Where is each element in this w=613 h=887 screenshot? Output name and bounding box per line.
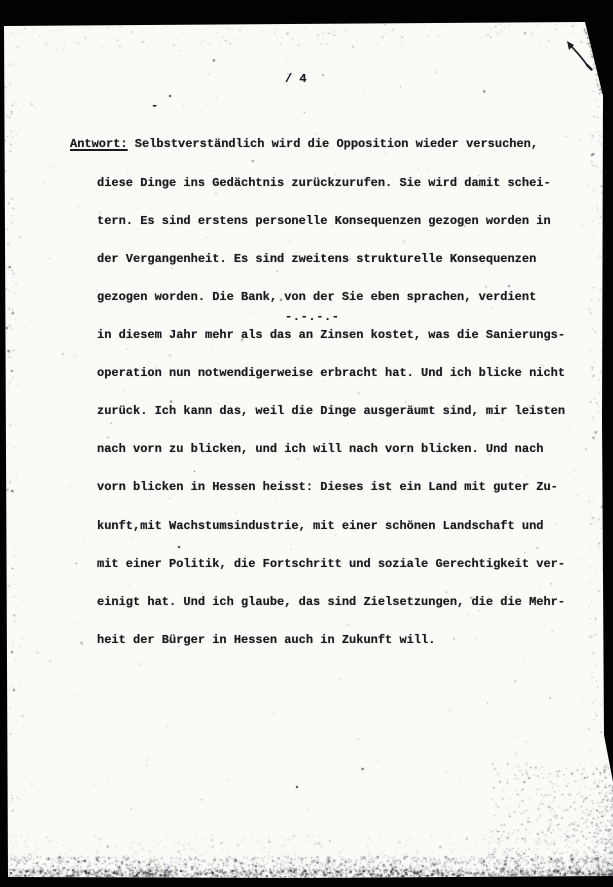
paragraph-line: tern. Es sind erstens personelle Konsequ… [97, 215, 565, 228]
paragraph-line: nach vorn zu blicken, und ich will nach … [97, 443, 565, 456]
scanned-document: / 4 - Antwort: Selbstverständlich wird d… [0, 0, 613, 887]
paragraph-line: zurück. Ich kann das, weil die Dinge aus… [97, 405, 565, 418]
paragraph-line: gezogen worden. Die Bank, von der Sie eb… [97, 291, 565, 304]
page-content: / 4 - Antwort: Selbstverständlich wird d… [0, 0, 613, 887]
paragraph-line: heit der Bürger in Hessen auch in Zukunf… [97, 634, 565, 647]
page-number: / 4 [285, 73, 307, 86]
section-separator: -.-.-.- [285, 311, 340, 324]
stray-typed-mark: - [151, 100, 158, 113]
paragraph-line: in diesem Jahr mehr als das an Zinsen ko… [97, 329, 565, 342]
paragraph-line: einigt hat. Und ich glaube, das sind Zie… [97, 596, 565, 609]
paragraph-line: der Vergangenheit. Es sind zweitens stru… [97, 253, 565, 266]
paragraph-line: Antwort: Selbstverständlich wird die Opp… [70, 138, 565, 151]
answer-paragraph: Antwort: Selbstverständlich wird die Opp… [97, 113, 565, 672]
paragraph-line: vorn blicken in Hessen heisst: Dieses is… [97, 481, 565, 494]
paragraph-line: diese Dinge ins Gedächtnis zurückzurufen… [97, 177, 565, 190]
paragraph-line: mit einer Politik, die Fortschritt und s… [97, 558, 565, 571]
paragraph-text: Selbstverständlich wird die Opposition w… [128, 137, 538, 151]
answer-label: Antwort: [70, 137, 128, 151]
paragraph-line: operation nun notwendigerweise erbracht … [97, 367, 565, 380]
paragraph-line: kunft,mit Wachstumsindustrie, mit einer … [97, 520, 565, 533]
